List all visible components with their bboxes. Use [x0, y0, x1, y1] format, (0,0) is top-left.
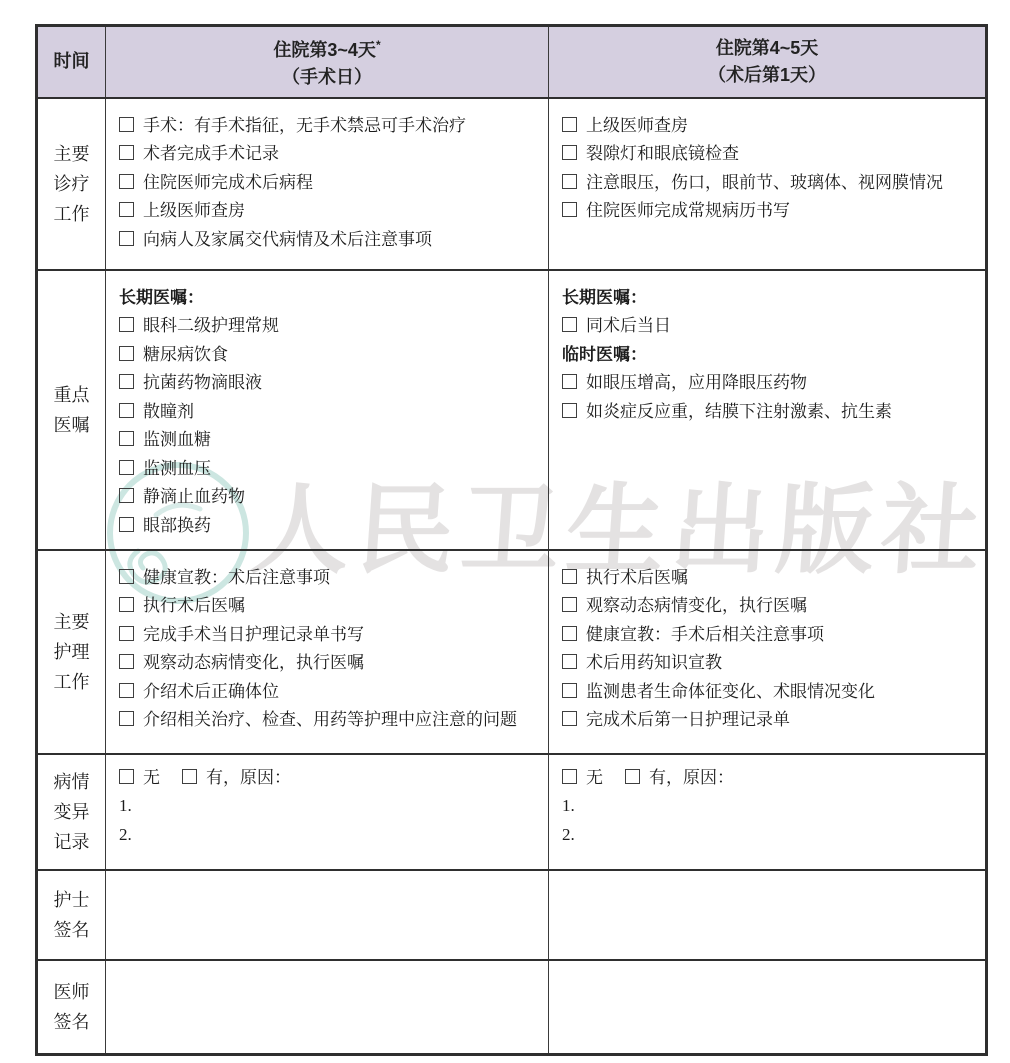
checklist-item: 执行术后医嘱	[119, 592, 540, 621]
checklist-item: 介绍术后正确体位	[119, 678, 540, 707]
checkbox-icon	[119, 117, 134, 132]
checklist-item: 向病人及家属交代病情及术后注意事项	[119, 226, 540, 255]
checklist-item: 观察动态病情变化，执行医嘱	[119, 649, 540, 678]
checkbox-icon	[119, 517, 134, 532]
long-term-orders-heading: 长期医嘱：	[562, 284, 977, 313]
checklist-item: 眼科二级护理常规	[119, 312, 540, 341]
checkbox-icon	[119, 569, 134, 584]
row-label-variance-record: 病情 变异 记录	[37, 754, 106, 870]
checkbox-icon	[119, 626, 134, 641]
checklist-item: 监测血压	[119, 455, 540, 484]
variance-no-label: 无	[586, 768, 603, 787]
checkbox-icon	[119, 597, 134, 612]
checklist-item: 监测血糖	[119, 426, 540, 455]
header-day34-subtitle: （手术日）	[106, 64, 548, 91]
checklist-item: 完成术后第一日护理记录单	[562, 706, 977, 735]
checkbox-icon	[119, 317, 134, 332]
checklist-item: 注意眼压，伤口，眼前节、玻璃体、视网膜情况	[562, 169, 977, 198]
variance-yes-label: 有，原因：	[206, 768, 291, 787]
checklist-item: 住院医师完成常规病历书写	[562, 197, 977, 226]
checkbox-icon	[119, 145, 134, 160]
diagnosis-day45-cell: 上级医师查房 裂隙灯和眼底镜检查 注意眼压，伤口，眼前节、玻璃体、视网膜情况 住…	[549, 98, 987, 270]
checklist-item: 如炎症反应重，结膜下注射激素、抗生素	[562, 398, 977, 427]
checkbox-icon	[119, 346, 134, 361]
checkbox-icon	[562, 711, 577, 726]
checklist-item: 观察动态病情变化，执行医嘱	[562, 592, 977, 621]
header-time-label: 时间	[38, 48, 105, 75]
row-main-diagnosis-work: 主要 诊疗 工作 手术：有手术指征，无手术禁忌可手术治疗 术者完成手术记录 住院…	[37, 98, 987, 270]
diagnosis-day34-cell: 手术：有手术指征，无手术禁忌可手术治疗 术者完成手术记录 住院医师完成术后病程 …	[106, 98, 549, 270]
variance-reason-line-2: 2.	[119, 821, 540, 850]
nurse-signature-day34-cell	[106, 870, 549, 960]
row-label-main-nursing: 主要 护理 工作	[37, 550, 106, 754]
checkbox-icon	[119, 231, 134, 246]
checkbox-icon	[562, 403, 577, 418]
variance-yes-label: 有，原因：	[649, 768, 734, 787]
checklist-item: 上级医师查房	[562, 112, 977, 141]
checklist-item: 健康宣教：手术后相关注意事项	[562, 621, 977, 650]
checkbox-icon	[119, 711, 134, 726]
nursing-day45-cell: 执行术后医嘱 观察动态病情变化，执行医嘱 健康宣教：手术后相关注意事项 术后用药…	[549, 550, 987, 754]
checklist-item: 介绍相关治疗、检查、用药等护理中应注意的问题	[119, 706, 540, 735]
checklist-item: 上级医师查房	[119, 197, 540, 226]
row-physician-signature: 医师 签名	[37, 960, 987, 1055]
checkbox-icon	[119, 654, 134, 669]
variance-no-label: 无	[143, 768, 160, 787]
checklist-item: 住院医师完成术后病程	[119, 169, 540, 198]
checklist-item: 手术：有手术指征，无手术禁忌可手术治疗	[119, 112, 540, 141]
header-time: 时间	[37, 26, 106, 98]
long-term-orders-heading: 长期医嘱：	[119, 284, 540, 313]
row-key-orders: 重点 医嘱 长期医嘱： 眼科二级护理常规 糖尿病饮食 抗菌药物滴眼液 散瞳剂 监…	[37, 270, 987, 550]
checklist-item: 静滴止血药物	[119, 483, 540, 512]
variance-reason-line-1: 1.	[562, 792, 977, 821]
checkbox-icon	[562, 597, 577, 612]
checkbox-icon	[119, 683, 134, 698]
nurse-signature-day45-cell	[549, 870, 987, 960]
checkbox-icon	[562, 202, 577, 217]
checkbox-icon	[119, 202, 134, 217]
checklist-item: 裂隙灯和眼底镜检查	[562, 140, 977, 169]
row-label-physician-signature: 医师 签名	[37, 960, 106, 1055]
checkbox-icon	[562, 654, 577, 669]
checklist-item: 同术后当日	[562, 312, 977, 341]
checkbox-icon	[182, 769, 197, 784]
checklist-item: 健康宣教：术后注意事项	[119, 564, 540, 593]
row-label-nurse-signature: 护士 签名	[37, 870, 106, 960]
row-label-key-orders: 重点 医嘱	[37, 270, 106, 550]
header-day45-subtitle: （术后第1天）	[549, 62, 985, 89]
header-day45-title: 住院第4~5天	[549, 35, 985, 62]
nursing-day34-cell: 健康宣教：术后注意事项 执行术后医嘱 完成手术当日护理记录单书写 观察动态病情变…	[106, 550, 549, 754]
clinical-pathway-table: 时间 住院第3~4天* （手术日） 住院第4~5天 （术后第1天） 主要 诊疗 …	[35, 24, 988, 1056]
variance-reason-line-2: 2.	[562, 821, 977, 850]
orders-day45-cell: 长期医嘱： 同术后当日 临时医嘱： 如眼压增高，应用降眼压药物 如炎症反应重，结…	[549, 270, 987, 550]
variance-options: 无有，原因：	[562, 764, 977, 793]
variance-day34-cell: 无有，原因： 1. 2.	[106, 754, 549, 870]
checkbox-icon	[119, 460, 134, 475]
header-day34-title: 住院第3~4天	[273, 40, 376, 60]
header-row: 时间 住院第3~4天* （手术日） 住院第4~5天 （术后第1天）	[37, 26, 987, 98]
checklist-item: 抗菌药物滴眼液	[119, 369, 540, 398]
checklist-item: 散瞳剂	[119, 398, 540, 427]
variance-day45-cell: 无有，原因： 1. 2.	[549, 754, 987, 870]
checklist-item: 术者完成手术记录	[119, 140, 540, 169]
checkbox-icon	[562, 569, 577, 584]
checkbox-icon	[119, 488, 134, 503]
checkbox-icon	[119, 431, 134, 446]
checkbox-icon	[625, 769, 640, 784]
header-day-3-4: 住院第3~4天* （手术日）	[106, 26, 549, 98]
asterisk-note: *	[376, 38, 381, 52]
row-label-main-diagnosis: 主要 诊疗 工作	[37, 98, 106, 270]
row-variance-record: 病情 变异 记录 无有，原因： 1. 2. 无有，原因： 1. 2.	[37, 754, 987, 870]
variance-reason-line-1: 1.	[119, 792, 540, 821]
checkbox-icon	[119, 174, 134, 189]
checkbox-icon	[562, 317, 577, 332]
checklist-item: 如眼压增高，应用降眼压药物	[562, 369, 977, 398]
checklist-item: 执行术后医嘱	[562, 564, 977, 593]
checkbox-icon	[562, 626, 577, 641]
temporary-orders-heading: 临时医嘱：	[562, 341, 977, 370]
checkbox-icon	[119, 769, 134, 784]
checkbox-icon	[562, 683, 577, 698]
checklist-item: 监测患者生命体征变化、术眼情况变化	[562, 678, 977, 707]
checkbox-icon	[562, 374, 577, 389]
checkbox-icon	[119, 403, 134, 418]
checklist-item: 完成手术当日护理记录单书写	[119, 621, 540, 650]
checklist-item: 糖尿病饮食	[119, 341, 540, 370]
checkbox-icon	[119, 374, 134, 389]
physician-signature-day34-cell	[106, 960, 549, 1055]
orders-day34-cell: 长期医嘱： 眼科二级护理常规 糖尿病饮食 抗菌药物滴眼液 散瞳剂 监测血糖 监测…	[106, 270, 549, 550]
row-nurse-signature: 护士 签名	[37, 870, 987, 960]
header-day-4-5: 住院第4~5天 （术后第1天）	[549, 26, 987, 98]
variance-options: 无有，原因：	[119, 764, 540, 793]
checkbox-icon	[562, 117, 577, 132]
checklist-item: 眼部换药	[119, 512, 540, 541]
checkbox-icon	[562, 174, 577, 189]
checkbox-icon	[562, 145, 577, 160]
checklist-item: 术后用药知识宣教	[562, 649, 977, 678]
physician-signature-day45-cell	[549, 960, 987, 1055]
checkbox-icon	[562, 769, 577, 784]
row-main-nursing-work: 主要 护理 工作 健康宣教：术后注意事项 执行术后医嘱 完成手术当日护理记录单书…	[37, 550, 987, 754]
